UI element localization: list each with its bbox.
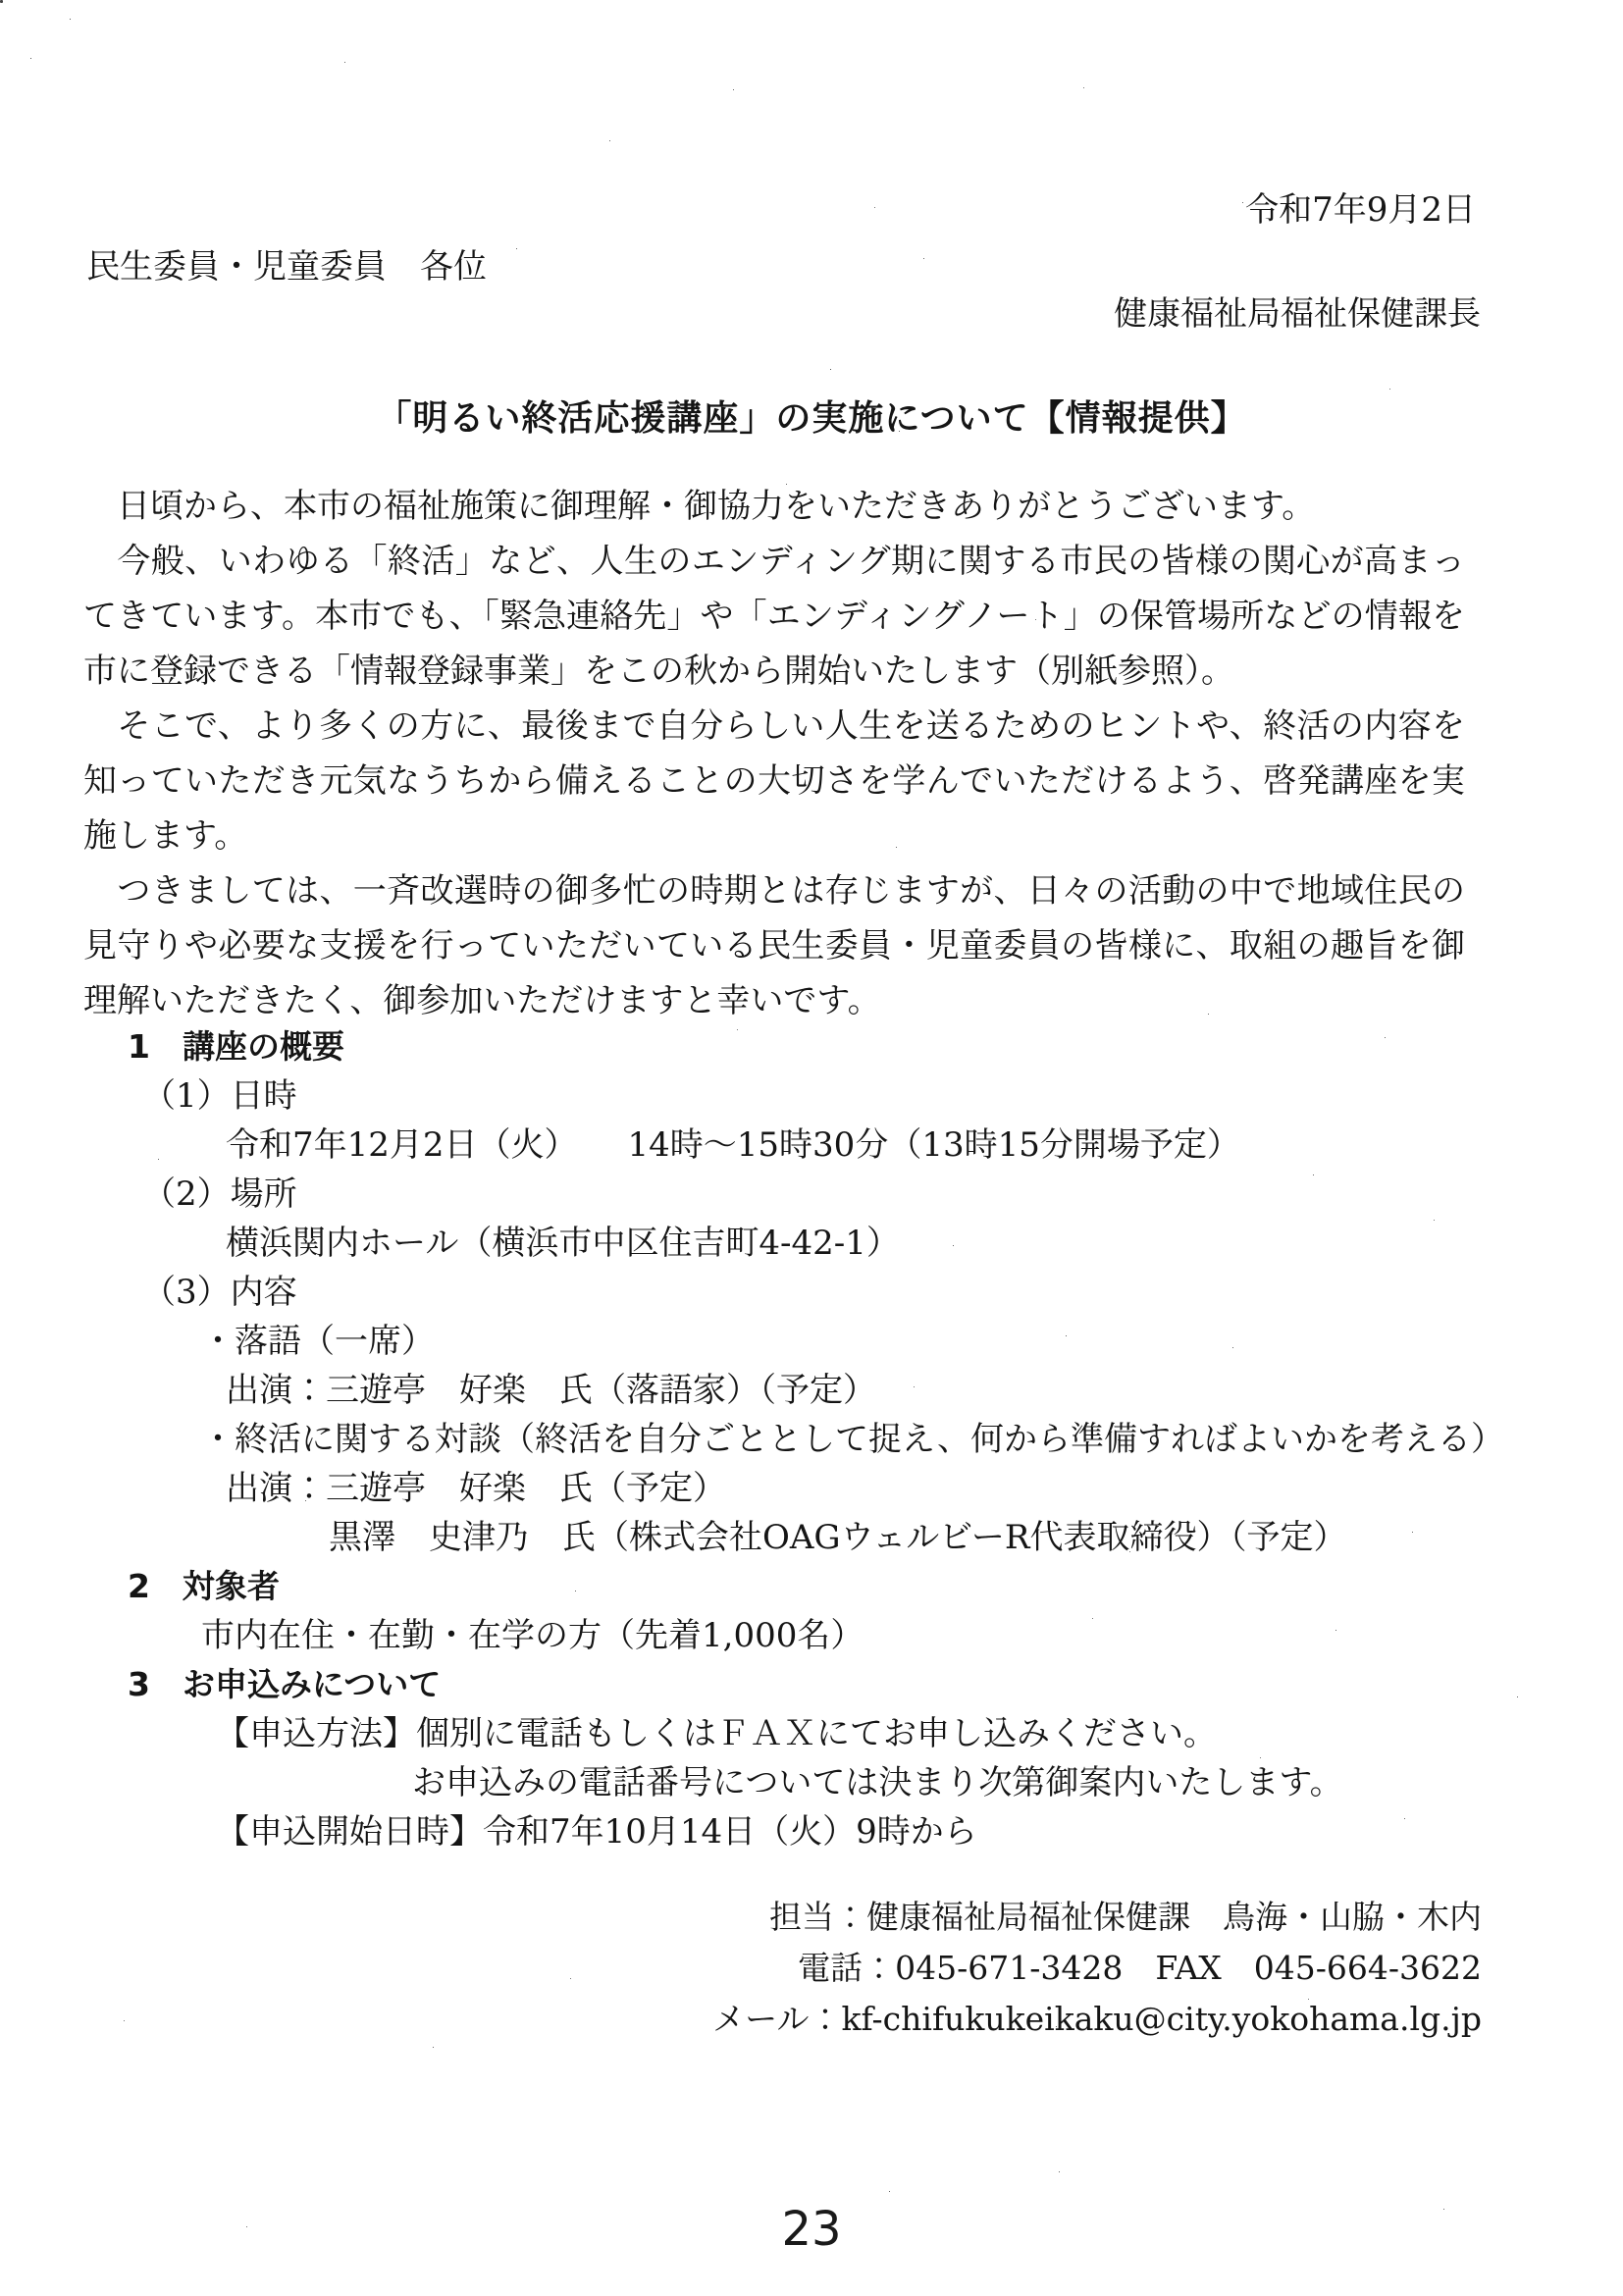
section1-item1-label: （1）日時 [0,1071,1623,1121]
recipient-line: 民生委員・児童委員 各位 [86,245,487,288]
scanned-document-page: 令和7年9月2日 民生委員・児童委員 各位 健康福祉局福祉保健課長 「明るい終活… [0,0,1623,2296]
section3-heading: 3 お申込みについて [0,1660,1623,1709]
body-paragraphs: 日頃から、本市の福祉施策に御理解・御協力をいただきありがとうございます。 今般、… [83,479,1465,1028]
application-method-line-2: お申込みの電話番号については決まり次第御案内いたします。 [0,1758,1623,1807]
section1-item1-value: 令和7年12月2日（火） 14時～15時30分（13時15分開場予定） [0,1121,1623,1170]
content-bullet-talk: ・終活に関する対談（終活を自分ごととして捉え、何から準備すればよいかを考える） [0,1415,1623,1464]
section2-heading: 2 対象者 [0,1562,1623,1611]
section1-item2-value: 横浜関内ホール（横浜市中区住吉町4-42-1） [0,1219,1623,1268]
section1-item2-label: （2）場所 [0,1170,1623,1219]
talk-cast-line-2: 黒澤 史津乃 氏（株式会社OAGウェルビーR代表取締役）（予定） [0,1513,1623,1562]
sender-line: 健康福祉局福祉保健課長 [0,292,1481,336]
page-number: 23 [0,2202,1623,2257]
rakugo-cast-line: 出演：三遊亭 好楽 氏（落語家）（予定） [0,1366,1623,1415]
application-method-line-1: 【申込方法】個別に電話もしくはＦＡＸにてお申し込みください。 [0,1709,1623,1758]
document-title: 「明るい終活応援講座」の実施について【情報提供】 [0,391,1623,441]
document-date: 令和7年9月2日 [0,188,1476,232]
contact-person-line: 担当：健康福祉局福祉保健課 鳥海・山脇・木内 [0,1892,1482,1943]
contact-phone-fax-line: 電話：045-671-3428 FAX 045-664-3622 [0,1943,1482,1994]
paragraph-greeting: 日頃から、本市の福祉施策に御理解・御協力をいただきありがとうございます。 [83,479,1465,534]
paragraph-purpose: そこで、より多くの方に、最後まで自分らしい人生を送るためのヒントや、終活の内容を… [83,699,1465,863]
scan-noise [0,0,3,3]
section1-heading: 1 講座の概要 [0,1022,1623,1071]
application-start-line: 【申込開始日時】令和7年10月14日（火）9時から [0,1807,1623,1856]
section1-item3-label: （3）内容 [0,1268,1623,1317]
paragraph-request: つきましては、一斉改選時の御多忙の時期とは存じますが、日々の活動の中で地域住民の… [83,863,1465,1028]
content-bullet-rakugo: ・落語（一席） [0,1317,1623,1366]
talk-cast-line-1: 出演：三遊亭 好楽 氏（予定） [0,1464,1623,1513]
section2-value: 市内在住・在勤・在学の方（先着1,000名） [0,1611,1623,1660]
paragraph-background: 今般、いわゆる「終活」など、人生のエンディング期に関する市民の皆様の関心が高まっ… [83,534,1465,699]
contact-email-line: メール：kf-chifukukeikaku@city.yokohama.lg.j… [0,1994,1482,2045]
sections: 1 講座の概要 （1）日時 令和7年12月2日（火） 14時～15時30分（13… [0,1022,1623,1856]
contact-block: 担当：健康福祉局福祉保健課 鳥海・山脇・木内 電話：045-671-3428 F… [0,1892,1482,2045]
